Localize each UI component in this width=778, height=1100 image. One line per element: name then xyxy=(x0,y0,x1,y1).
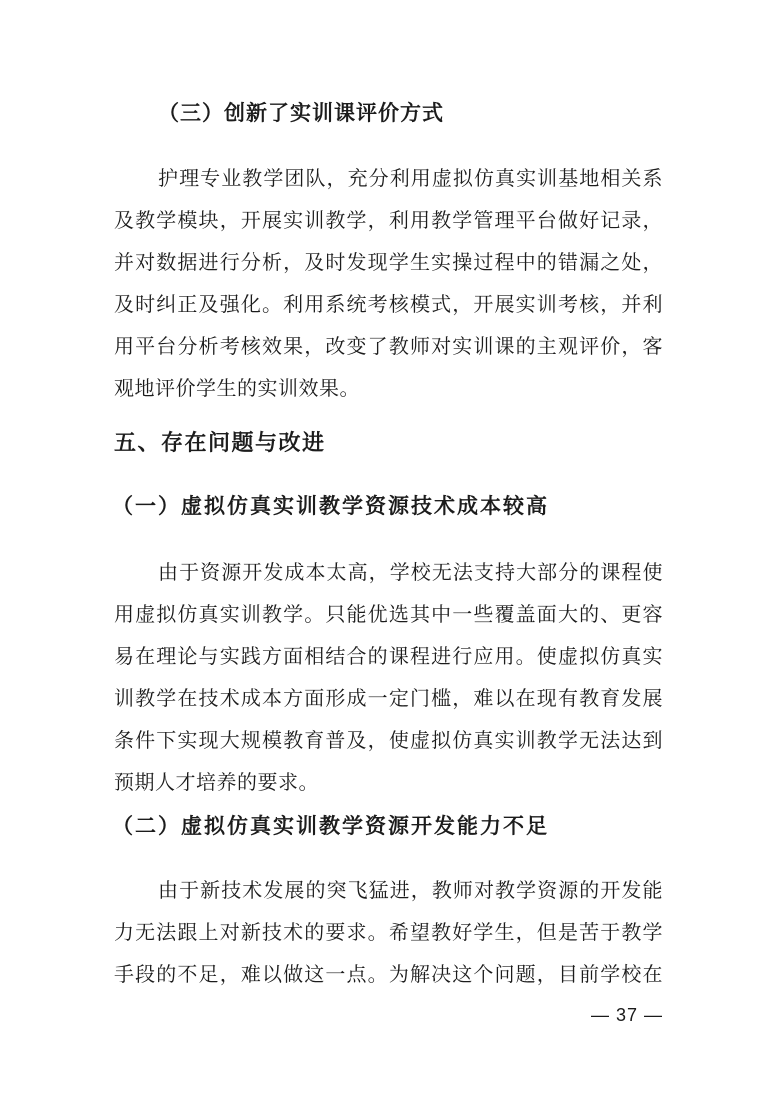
paragraph-line: 训教学在技术成本方面形成一定门槛，难以在现有教育发展 xyxy=(114,678,663,720)
section-heading-5: 五、存在问题与改进 xyxy=(114,428,663,458)
paragraph-line: 易在理论与实践方面相结合的课程进行应用。使虚拟仿真实 xyxy=(114,636,663,678)
paragraph-line: 力无法跟上对新技术的要求。希望教好学生，但是苦于教学 xyxy=(114,912,663,954)
paragraph-3: 由于新技术发展的突飞猛进，教师对教学资源的开发能 力无法跟上对新技术的要求。希望… xyxy=(114,870,663,996)
paragraph-line: 观地评价学生的实训效果。 xyxy=(114,368,663,410)
paragraph-2: 由于资源开发成本太高，学校无法支持大部分的课程使 用虚拟仿真实训教学。只能优选其… xyxy=(114,552,663,804)
subsection-heading-3: （三）创新了实训课评价方式 xyxy=(114,98,707,128)
paragraph-line: 由于资源开发成本太高，学校无法支持大部分的课程使 xyxy=(114,552,663,594)
paragraph-line: 护理专业教学团队，充分利用虚拟仿真实训基地相关系统 xyxy=(114,158,663,200)
paragraph-line: 及教学模块，开展实训教学，利用教学管理平台做好记录， xyxy=(114,200,663,242)
page-number: — 37 — xyxy=(114,1000,663,1030)
subsection-heading-1: （一）虚拟仿真实训教学资源技术成本较高 xyxy=(112,491,661,521)
subsection-heading-2: （二）虚拟仿真实训教学资源开发能力不足 xyxy=(112,811,661,841)
paragraph-line: 用虚拟仿真实训教学。只能优选其中一些覆盖面大的、更容 xyxy=(114,594,663,636)
document-page: （三）创新了实训课评价方式 护理专业教学团队，充分利用虚拟仿真实训基地相关系统 … xyxy=(0,0,778,1100)
paragraph-line: 及时纠正及强化。利用系统考核模式，开展实训考核，并利 xyxy=(114,284,663,326)
paragraph-line: 预期人才培养的要求。 xyxy=(114,762,663,804)
paragraph-line: 用平台分析考核效果，改变了教师对实训课的主观评价，客 xyxy=(114,326,663,368)
paragraph-line: 手段的不足，难以做这一点。为解决这个问题，目前学校在 xyxy=(114,954,663,996)
paragraph-line: 条件下实现大规模教育普及，使虚拟仿真实训教学无法达到 xyxy=(114,720,663,762)
paragraph-line: 由于新技术发展的突飞猛进，教师对教学资源的开发能 xyxy=(114,870,663,912)
paragraph-line: 并对数据进行分析，及时发现学生实操过程中的错漏之处， xyxy=(114,242,663,284)
paragraph-1: 护理专业教学团队，充分利用虚拟仿真实训基地相关系统 及教学模块，开展实训教学，利… xyxy=(114,158,663,410)
